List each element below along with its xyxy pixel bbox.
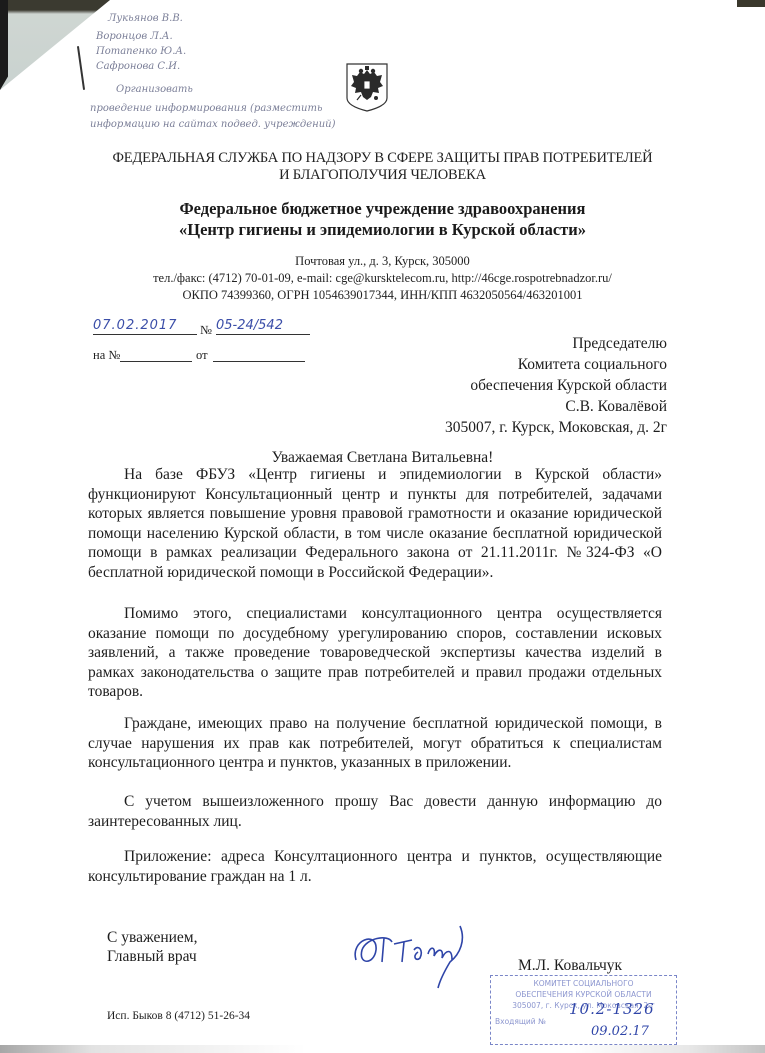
outgoing-number: 05-24/542 — [216, 318, 310, 335]
stamp-incoming-number: 10.2-1326 — [569, 1004, 655, 1015]
paragraph-4: С учетом вышеизложенного прошу Вас довес… — [88, 792, 662, 831]
closing-regards: С уважением, — [107, 928, 198, 947]
paragraph-text: Помимо этого, специалистами консултацион… — [88, 604, 662, 702]
addressee-line: Председателю — [445, 333, 667, 354]
reference-date-label: от — [196, 348, 208, 363]
org-contacts: тел./факс: (4712) 70-01-09, e-mail: cge@… — [0, 270, 765, 287]
handwritten-note: Организовать — [116, 83, 193, 97]
scan-edge — [0, 0, 8, 90]
organization-contacts: Почтовая ул., д. 3, Курск, 305000 тел./ф… — [0, 253, 765, 304]
handwritten-note: Сафронова С.И. — [96, 60, 180, 74]
stamp-incoming-date: 09.02.17 — [591, 1026, 649, 1037]
paragraph-1: На базе ФБУЗ «Центр гигиены и эпидемиоло… — [88, 465, 662, 582]
handwritten-note: информацию на сайтах подвед. учреждений) — [90, 118, 336, 132]
agency-line-1: ФЕДЕРАЛЬНАЯ СЛУЖБА ПО НАДЗОРУ В СФЕРЕ ЗА… — [0, 150, 765, 167]
coat-of-arms-icon — [345, 62, 389, 112]
scan-corner-shadow-right — [737, 0, 765, 7]
paragraph-3: Граждане, имеющих право на получение бес… — [88, 714, 662, 773]
handwritten-note: Воронцов Л.А. — [96, 30, 173, 44]
pencil-mark — [77, 46, 85, 90]
incoming-stamp: КОМИТЕТ СОЦИАЛЬНОГО ОБЕСПЕЧЕНИЯ КУРСКОЙ … — [490, 975, 677, 1045]
handwritten-note: Лукьянов В.В. — [108, 12, 183, 26]
handwritten-note: проведение информирования (разместить — [90, 102, 322, 116]
reference-date-blank — [213, 361, 305, 362]
outgoing-date: 07.02.2017 — [93, 318, 197, 335]
outgoing-number-label: № — [200, 323, 212, 338]
reference-number-blank — [120, 361, 192, 362]
executor-info: Исп. Быков 8 (4712) 51-26-34 — [107, 1010, 250, 1022]
organization-name: Федеральное бюджетное учреждение здравоо… — [0, 198, 765, 240]
addressee-line: обеспечения Курской области — [445, 375, 667, 396]
reference-number-label: на № — [93, 348, 120, 363]
org-requisites: ОКПО 74399360, ОГРН 1054639017344, ИНН/К… — [0, 287, 765, 304]
paragraph-text: Граждане, имеющих право на получение бес… — [88, 714, 662, 773]
attachment-note: Приложение: адреса Консултационного цент… — [88, 847, 662, 886]
addressee-line: 305007, г. Курск, Моковская, д. 2г — [445, 417, 667, 438]
org-line-1: Федеральное бюджетное учреждение здравоо… — [0, 198, 765, 219]
agency-line-2: И БЛАГОПОЛУЧИЯ ЧЕЛОВЕКА — [0, 167, 765, 184]
scan-corner-shadow — [0, 0, 110, 90]
addressee-block: Председателю Комитета социального обеспе… — [445, 333, 667, 438]
addressee-line: С.В. Ковалёвой — [445, 396, 667, 417]
org-line-2: «Центр гигиены и эпидемиологии в Курской… — [0, 219, 765, 240]
paragraph-2: Помимо этого, специалистами консултацион… — [88, 604, 662, 702]
scan-bottom-edge — [0, 1045, 765, 1053]
addressee-line: Комитета социального — [445, 354, 667, 375]
agency-name: ФЕДЕРАЛЬНАЯ СЛУЖБА ПО НАДЗОРУ В СФЕРЕ ЗА… — [0, 150, 765, 184]
paragraph-text: Приложение: адреса Консултационного цент… — [88, 847, 662, 886]
closing-block: С уважением, Главный врач — [107, 928, 198, 966]
paragraph-text: На базе ФБУЗ «Центр гигиены и эпидемиоло… — [88, 465, 662, 582]
org-address: Почтовая ул., д. 3, Курск, 305000 — [0, 253, 765, 270]
paragraph-text: С учетом вышеизложенного прошу Вас довес… — [88, 792, 662, 831]
handwritten-note: Потапенко Ю.А. — [96, 45, 186, 59]
signer-position: Главный врач — [107, 947, 198, 966]
stamp-line-2: ОБЕСПЕЧЕНИЯ КУРСКОЙ ОБЛАСТИ — [491, 989, 676, 1000]
stamp-incoming-label: Входящий № — [495, 1016, 546, 1027]
signature-icon — [348, 920, 488, 990]
stamp-line-1: КОМИТЕТ СОЦИАЛЬНОГО — [491, 978, 676, 989]
signer-name: М.Л. Ковальчук — [518, 957, 622, 975]
